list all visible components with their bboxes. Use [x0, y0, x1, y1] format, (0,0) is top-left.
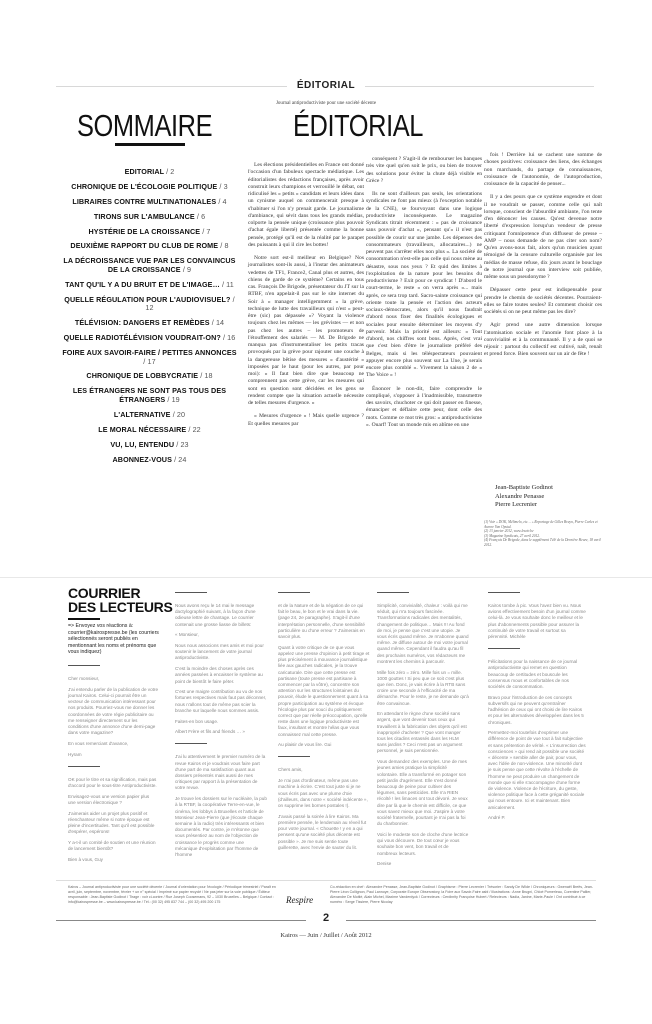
editorial-column-1: Les élections présidentielles en France … — [248, 162, 364, 434]
toc-item-label: LES ÉTRANGERS NE SONT PAS TOUS DES ÉTRAN… — [73, 386, 226, 404]
toc-item[interactable]: TIRONS SUR L'AMBULANCE / 6 — [62, 213, 237, 222]
letter-paragraph: Denise — [377, 861, 469, 867]
toc-item-page: / 22 — [188, 425, 200, 434]
toc-item-label: DEUXIÈME RAPPORT DU CLUB DE ROME — [70, 241, 218, 250]
letters-column-3: et de la Nature et de la négation de ce … — [278, 592, 370, 859]
editorial-title: ÉDITORIAL — [293, 108, 423, 144]
toc-item-label: QUELLE RADIOTÉLÉVISION VOUDRAIT-ON? — [64, 333, 221, 342]
letter-paragraph: En attendant le règne d'une société sans… — [377, 711, 469, 754]
letter-paragraph: Bravo pour l'introduction de ces concept… — [488, 695, 586, 726]
toc-item-page: / 24 — [174, 455, 186, 464]
toc-item-label: TIRONS SUR L'AMBULANCE — [94, 212, 195, 221]
toc-item-page: / 19 — [167, 395, 179, 404]
letter-paragraph: Nous nous associons mes amis et moi pour… — [175, 643, 267, 662]
toc-item[interactable]: LE MORAL NÉCESSAIRE / 22 — [62, 426, 237, 435]
letter-paragraph: J'ai entendu parler de la publication de… — [68, 687, 158, 737]
paragraph: « Mesures d'urgence » ! Mais quelle urge… — [248, 413, 364, 428]
toc-item-page: / 11 — [222, 280, 234, 289]
letters-column-1: Cher monsieur,J'ai entendu parler de la … — [68, 665, 158, 871]
letter-paragraph: et de la Nature et de la négation de ce … — [278, 603, 370, 640]
letter-paragraph: J'avais passé la soirée à lire Kairos. M… — [278, 814, 370, 851]
sommaire-underline — [115, 143, 185, 146]
letter-paragraph: Envisagez-vous une version papier plus u… — [68, 794, 158, 806]
toc-item[interactable]: L'ALTERNATIVE / 20 — [62, 411, 237, 420]
courrier-title-line-1: COURRIER — [68, 586, 173, 600]
toc-item[interactable]: ABONNEZ-VOUS / 24 — [62, 456, 237, 465]
toc-item-label: LA DÉCROISSANCE VUE PAR LES CONVAINCUS D… — [63, 256, 235, 274]
toc-item-label: HYSTÉRIE DE LA CROISSANCE — [88, 227, 200, 236]
toc-item-label: L'ALTERNATIVE — [114, 410, 171, 419]
signature: Alexandre Penasse — [495, 493, 605, 502]
toc-item[interactable]: QUELLE RADIOTÉLÉVISION VOUDRAIT-ON? / 16 — [62, 334, 237, 343]
letter: Cher monsieur,J'ai entendu parler de la … — [68, 665, 158, 758]
letter-paragraph: Au plaisir de vous lire. Gui — [278, 742, 370, 748]
toc-item-label: VU, LU, ENTENDU — [110, 440, 174, 449]
toc-item[interactable]: FOIRE AUX SAVOIR-FAIRE / PETITES ANNONCE… — [62, 349, 237, 366]
section-divider — [0, 577, 652, 578]
toc-item[interactable]: TÉLÉVISION: DANGERS ET REMÈDES / 14 — [62, 319, 237, 328]
letter-paragraph: Faites-en bon usage. — [175, 719, 267, 725]
letter-paragraph: Nous avons reçu le 14 mai le message dac… — [175, 603, 267, 628]
letter-paragraph: Je trouve les dossiers sur le nucléaire,… — [175, 796, 267, 858]
letter-paragraph: Cher monsieur, — [68, 676, 158, 682]
letter-separator — [488, 648, 520, 649]
courrier-title-line-2: DES LECTEURS — [68, 600, 173, 614]
toc-item-label: CHRONIQUE DE L'ÉCOLOGIE POLITIQUE — [71, 182, 217, 191]
toc-item[interactable]: QUELLE RÉGULATION POUR L'AUDIOVISUEL? / … — [62, 296, 237, 313]
courrier-underline — [68, 618, 100, 620]
letter: Simplicité, convivialité, chaleur : voil… — [377, 592, 469, 867]
section-tag: ÉDITORIAL — [0, 80, 652, 91]
letter-paragraph: « Monsieur, — [175, 632, 267, 638]
toc-item[interactable]: VU, LU, ENTENDU / 23 — [62, 441, 237, 450]
paragraph: Les élections présidentielles en France … — [248, 162, 364, 249]
letter-paragraph: Permettez-moi toutefois d'exprimer une d… — [488, 730, 586, 811]
letter-paragraph: C'est une maigre contribution au vu de n… — [175, 689, 267, 714]
letter-separator — [278, 592, 310, 593]
letter: Nous avons reçu le 14 mai le message dac… — [175, 592, 267, 735]
toc-item-label: TANT QU'IL Y A DU BRUIT ET DE L'IMAGE… — [65, 280, 220, 289]
paragraph: conséquent ? S'agit-il de rembourser les… — [366, 156, 482, 185]
toc-item-page: / 8 — [220, 241, 228, 250]
editorial-footnotes: (1) Voir « DOK, Mélimelo, etc… » Reporta… — [484, 520, 602, 548]
editorial-signatures: Jean-Baptiste GodinotAlexandre PenassePi… — [495, 484, 605, 510]
toc-item[interactable]: LES ÉTRANGERS NE SONT PAS TOUS DES ÉTRAN… — [62, 387, 237, 404]
toc-item-page: / 4 — [218, 197, 226, 206]
letter-paragraph: André P. — [488, 815, 586, 821]
letter-paragraph: Chers amis, — [278, 767, 370, 773]
letter-paragraph: Voici le modeste son de cloche d'une lec… — [377, 832, 469, 857]
paragraph: Il y a des peurs que ce système engendre… — [484, 194, 602, 281]
letter-separator — [68, 766, 100, 767]
letter-paragraph: Kairos tombe à pic. Vous l'avez bien vu.… — [488, 603, 586, 640]
credits-rule — [56, 880, 596, 881]
letter: et de la Nature et de la négation de ce … — [278, 592, 370, 748]
letter-paragraph: Simplicité, convivialité, chaleur : voil… — [377, 603, 469, 665]
toc-item[interactable]: HYSTÉRIE DE LA CROISSANCE / 7 — [62, 228, 237, 237]
letter-paragraph: Mille fois zéro = zéro. Mille fois un = … — [377, 670, 469, 707]
paragraph: Agir prend une autre dimension lorsque l… — [484, 322, 602, 358]
toc-item-page: / 2 — [166, 167, 174, 176]
toc-item[interactable]: EDITORIAL / 2 — [62, 168, 237, 177]
toc-item[interactable]: DEUXIÈME RAPPORT DU CLUB DE ROME / 8 — [62, 242, 237, 251]
toc-item-page: / 17 — [143, 357, 155, 366]
letter-paragraph: En vous remerciant d'avance, — [68, 741, 158, 747]
letter: Chers amis,Je n'ai pas d'ordinateur, mêm… — [278, 756, 370, 850]
letter-paragraph: J'ai lu attentivement le premier numéro … — [175, 754, 267, 791]
signature: Jean-Baptiste Godinot — [495, 484, 605, 493]
letter-paragraph: J'aimerais aider un projet plus positif … — [68, 811, 158, 836]
toc-item-label: TÉLÉVISION: DANGERS ET REMÈDES — [75, 318, 210, 327]
signature: Pierre Lecrenier — [495, 501, 605, 510]
courrier-title: COURRIER DES LECTEURS — [68, 586, 173, 614]
footnote: (4) François De Brigode, dans le supplém… — [484, 538, 602, 547]
letter-separator — [68, 665, 100, 666]
toc-item[interactable]: CHRONIQUE DE LOBBYCRATIE / 18 — [62, 372, 237, 381]
toc-item-page: / 7 — [202, 227, 210, 236]
letter-paragraph: Y a-t-il un comité de soutien et une réu… — [68, 840, 158, 852]
paragraph: Énoncer le non-dit, faire comprendre le … — [366, 386, 482, 430]
issue-info: Kairos — Juin / Juillet / Août 2012 — [0, 932, 652, 939]
letter-separator — [278, 756, 310, 757]
letter: J'ai lu attentivement le premier numéro … — [175, 743, 267, 858]
toc-item[interactable]: CHRONIQUE DE L'ÉCOLOGIE POLITIQUE / 3 — [62, 183, 237, 192]
section-tag-label: ÉDITORIAL — [287, 80, 365, 91]
letter-separator — [377, 592, 409, 593]
page-number-label: 2 — [315, 912, 337, 924]
letter-paragraph: OK pour le titre et sa signification, ma… — [68, 777, 158, 789]
footnote: (1) Voir « DOK, Mélimelo, etc… » Reporta… — [484, 520, 602, 529]
editorial-column-2: conséquent ? S'agit-il de rembourser les… — [366, 156, 482, 435]
paragraph: Notre sort est-il meilleur en Belgique? … — [248, 255, 364, 407]
toc-item-page: / 18 — [200, 371, 212, 380]
toc-item-label: LE MORAL NÉCESSAIRE — [98, 425, 186, 434]
sommaire-title: SOMMAIRE — [77, 108, 212, 144]
toc-item-label: LIBRAIRES CONTRE MULTINATIONALES — [72, 197, 216, 206]
letter-paragraph: Hyram — [68, 752, 158, 758]
toc-item[interactable]: TANT QU'IL Y A DU BRUIT ET DE L'IMAGE… /… — [62, 281, 237, 290]
toc-item-page: / 6 — [197, 212, 205, 221]
toc-item-page: / 9 — [183, 265, 191, 274]
toc-item-label: ABONNEZ-VOUS — [112, 455, 172, 464]
letter-separator — [488, 592, 520, 593]
courrier-intro: => Envoyez vos réactions à: courrier@kai… — [68, 623, 160, 656]
toc-item-page: / 3 — [219, 182, 227, 191]
tagline: Journal antiproductiviste pour une socié… — [0, 101, 652, 106]
letter-paragraph: Vous demandez des exemples. Une de mes j… — [377, 759, 469, 827]
credits-right: Co-rédaction en chef : Alexandre Penasse… — [330, 885, 595, 905]
letter-paragraph: Quant à votre critique de ce que vous ap… — [278, 645, 370, 738]
editorial-column-3: fois ! Derrière lui se cachent une somme… — [484, 152, 602, 365]
letter: OK pour le titre et sa signification, ma… — [68, 766, 158, 863]
toc-item[interactable]: LIBRAIRES CONTRE MULTINATIONALES / 4 — [62, 198, 237, 207]
table-of-contents: EDITORIAL / 2CHRONIQUE DE L'ÉCOLOGIE POL… — [62, 168, 237, 470]
paragraph: fois ! Derrière lui se cachent une somme… — [484, 152, 602, 188]
letter-paragraph: Albert Frère et fils and friends … » — [175, 729, 267, 735]
toc-item-label: CHRONIQUE DE LOBBYCRATIE — [86, 371, 198, 380]
paragraph: Dépasser cette peur est indispensable po… — [484, 287, 602, 316]
respire-logo: Respire — [286, 895, 313, 905]
toc-item-page: / 14 — [212, 318, 224, 327]
letter-paragraph: C'est la moindre des choses après ces an… — [175, 666, 267, 685]
paragraph: Ils ne sont d'ailleurs pas seuls, les or… — [366, 191, 482, 380]
credits-left: Kairos – Journal antiproductiviste pour … — [68, 885, 283, 905]
letters-column-5: Kairos tombe à pic. Vous l'avez bien vu.… — [488, 592, 586, 830]
letter-paragraph: Félicitations pour la naissance de ce jo… — [488, 659, 586, 690]
page-number: 2 — [0, 912, 652, 924]
letters-column-4: Simplicité, convivialité, chaleur : voil… — [377, 592, 469, 875]
letter: Félicitations pour la naissance de ce jo… — [488, 648, 586, 821]
letters-column-2: Nous avons reçu le 14 mai le message dac… — [175, 592, 267, 866]
letter: Kairos tombe à pic. Vous l'avez bien vu.… — [488, 592, 586, 640]
letter-separator — [175, 743, 207, 744]
letter-paragraph: Je n'ai pas d'ordinateur, même pas une m… — [278, 778, 370, 809]
toc-item[interactable]: LA DÉCROISSANCE VUE PAR LES CONVAINCUS D… — [62, 257, 237, 274]
letter-separator — [175, 592, 207, 593]
letter-paragraph: Bien à vous, Guy — [68, 857, 158, 863]
toc-item-page: / 23 — [176, 440, 188, 449]
toc-item-page: / 20 — [173, 410, 185, 419]
toc-item-page: / 16 — [223, 333, 235, 342]
toc-item-label: EDITORIAL — [125, 167, 164, 176]
